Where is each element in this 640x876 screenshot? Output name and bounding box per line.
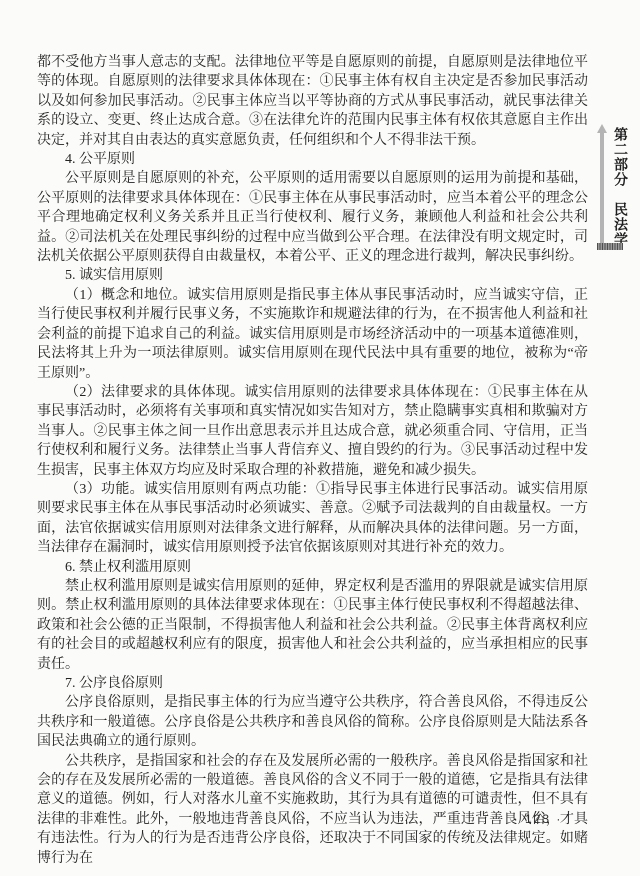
paragraph-good-faith-functions: （3）功能。诚实信用原则有两点功能：①指导民事主体进行民事活动。诚实信用原则要求…	[37, 480, 588, 558]
section-heading-public-order-good-morals: 7. 公序良俗原则	[37, 674, 588, 693]
paragraph-good-faith-concept: （1）概念和地位。诚实信用原则是指民事主体从事民事活动时，应当诚实守信，正当行使…	[37, 286, 588, 383]
chapter-sidebar-label: 第二部分 民法学	[609, 127, 629, 247]
paragraph-public-order-explanation: 公共秩序，是指国家和社会的存在及发展所必需的一般秩序。善良风俗是指国家和社会的存…	[37, 752, 588, 868]
main-text-column: 都不受他方当事人意志的支配。法律地位平等是自愿原则的前提，自愿原则是法律地位平等…	[37, 53, 588, 868]
section-heading-prohibition-abuse-of-rights: 6. 禁止权利滥用原则	[37, 558, 588, 577]
chapter-sidebar: 第二部分 民法学	[597, 124, 625, 252]
paragraph-public-order-definition: 公序良俗原则，是指民事主体的行为应当遵守公共秩序，符合善良风俗，不得违反公共秩序…	[37, 693, 588, 751]
subject-label: 民法学	[612, 202, 627, 247]
book-page: 都不受他方当事人意志的支配。法律地位平等是自愿原则的前提，自愿原则是法律地位平等…	[0, 0, 640, 876]
up-arrow-shaft	[600, 132, 604, 244]
section-heading-fairness-principle: 4. 公平原则	[37, 150, 588, 169]
page-number: · 123 ·	[498, 812, 578, 826]
paragraph-continuation: 都不受他方当事人意志的支配。法律地位平等是自愿原则的前提，自愿原则是法律地位平等…	[37, 53, 588, 150]
paragraph-fairness-principle: 公平原则是自愿原则的补充，公平原则的适用需要以自愿原则的运用为前提和基础，公平原…	[37, 169, 588, 266]
paragraph-prohibition-abuse-of-rights: 禁止权利滥用原则是诚实信用原则的延伸，界定权利是否滥用的界限就是诚实信用原则。禁…	[37, 577, 588, 674]
sidebar-base-decoration	[597, 243, 623, 250]
part-label: 第二部分	[612, 127, 627, 187]
section-heading-good-faith-principle: 5. 诚实信用原则	[37, 266, 588, 285]
paragraph-good-faith-legal-requirements: （2）法律要求的具体体现。诚实信用原则的法律要求具体体现在：①民事主体在从事民事…	[37, 383, 588, 480]
